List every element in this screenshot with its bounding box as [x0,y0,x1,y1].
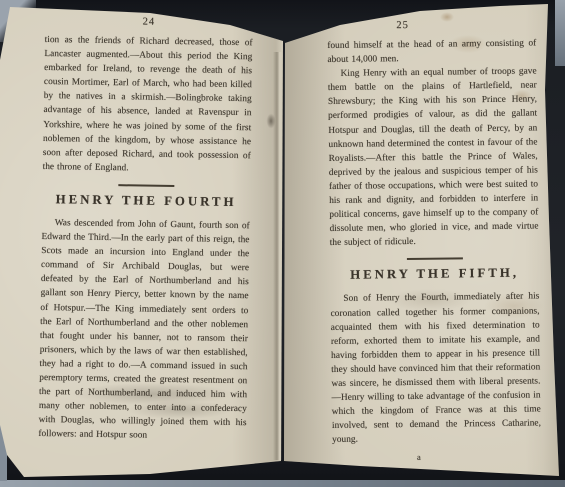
left-page-text: 24 tion as the friends of Richard decrea… [38,15,253,445]
page-number-left: 24 [45,15,253,29]
gutter-crease [273,52,282,460]
page-number-right: 25 [327,19,478,32]
section-rule-left [118,184,174,187]
right-battle-paragraph: King Henry with an equal number of troop… [328,65,539,251]
section-rule-right [406,258,462,261]
right-continuation-paragraph: found himself at the head of an army con… [327,36,536,67]
left-continuation-paragraph: tion as the friends of Richard decreased… [43,33,253,177]
left-body-paragraph: Was descended from John of Gaunt, fourth… [38,216,250,445]
surface-edge-right [555,0,565,66]
section-heading-henry-fifth: HENRY THE FIFTH, [330,266,539,284]
right-page-text: 25 found himself at the head of an army … [327,18,541,463]
surface-strip-bottom [0,480,565,487]
book-photo: 24 tion as the friends of Richard decrea… [0,0,565,487]
right-body-paragraph: Son of Henry the Fourth, immediately aft… [330,290,541,448]
section-heading-henry-fourth: HENRY THE FOURTH [42,192,250,210]
